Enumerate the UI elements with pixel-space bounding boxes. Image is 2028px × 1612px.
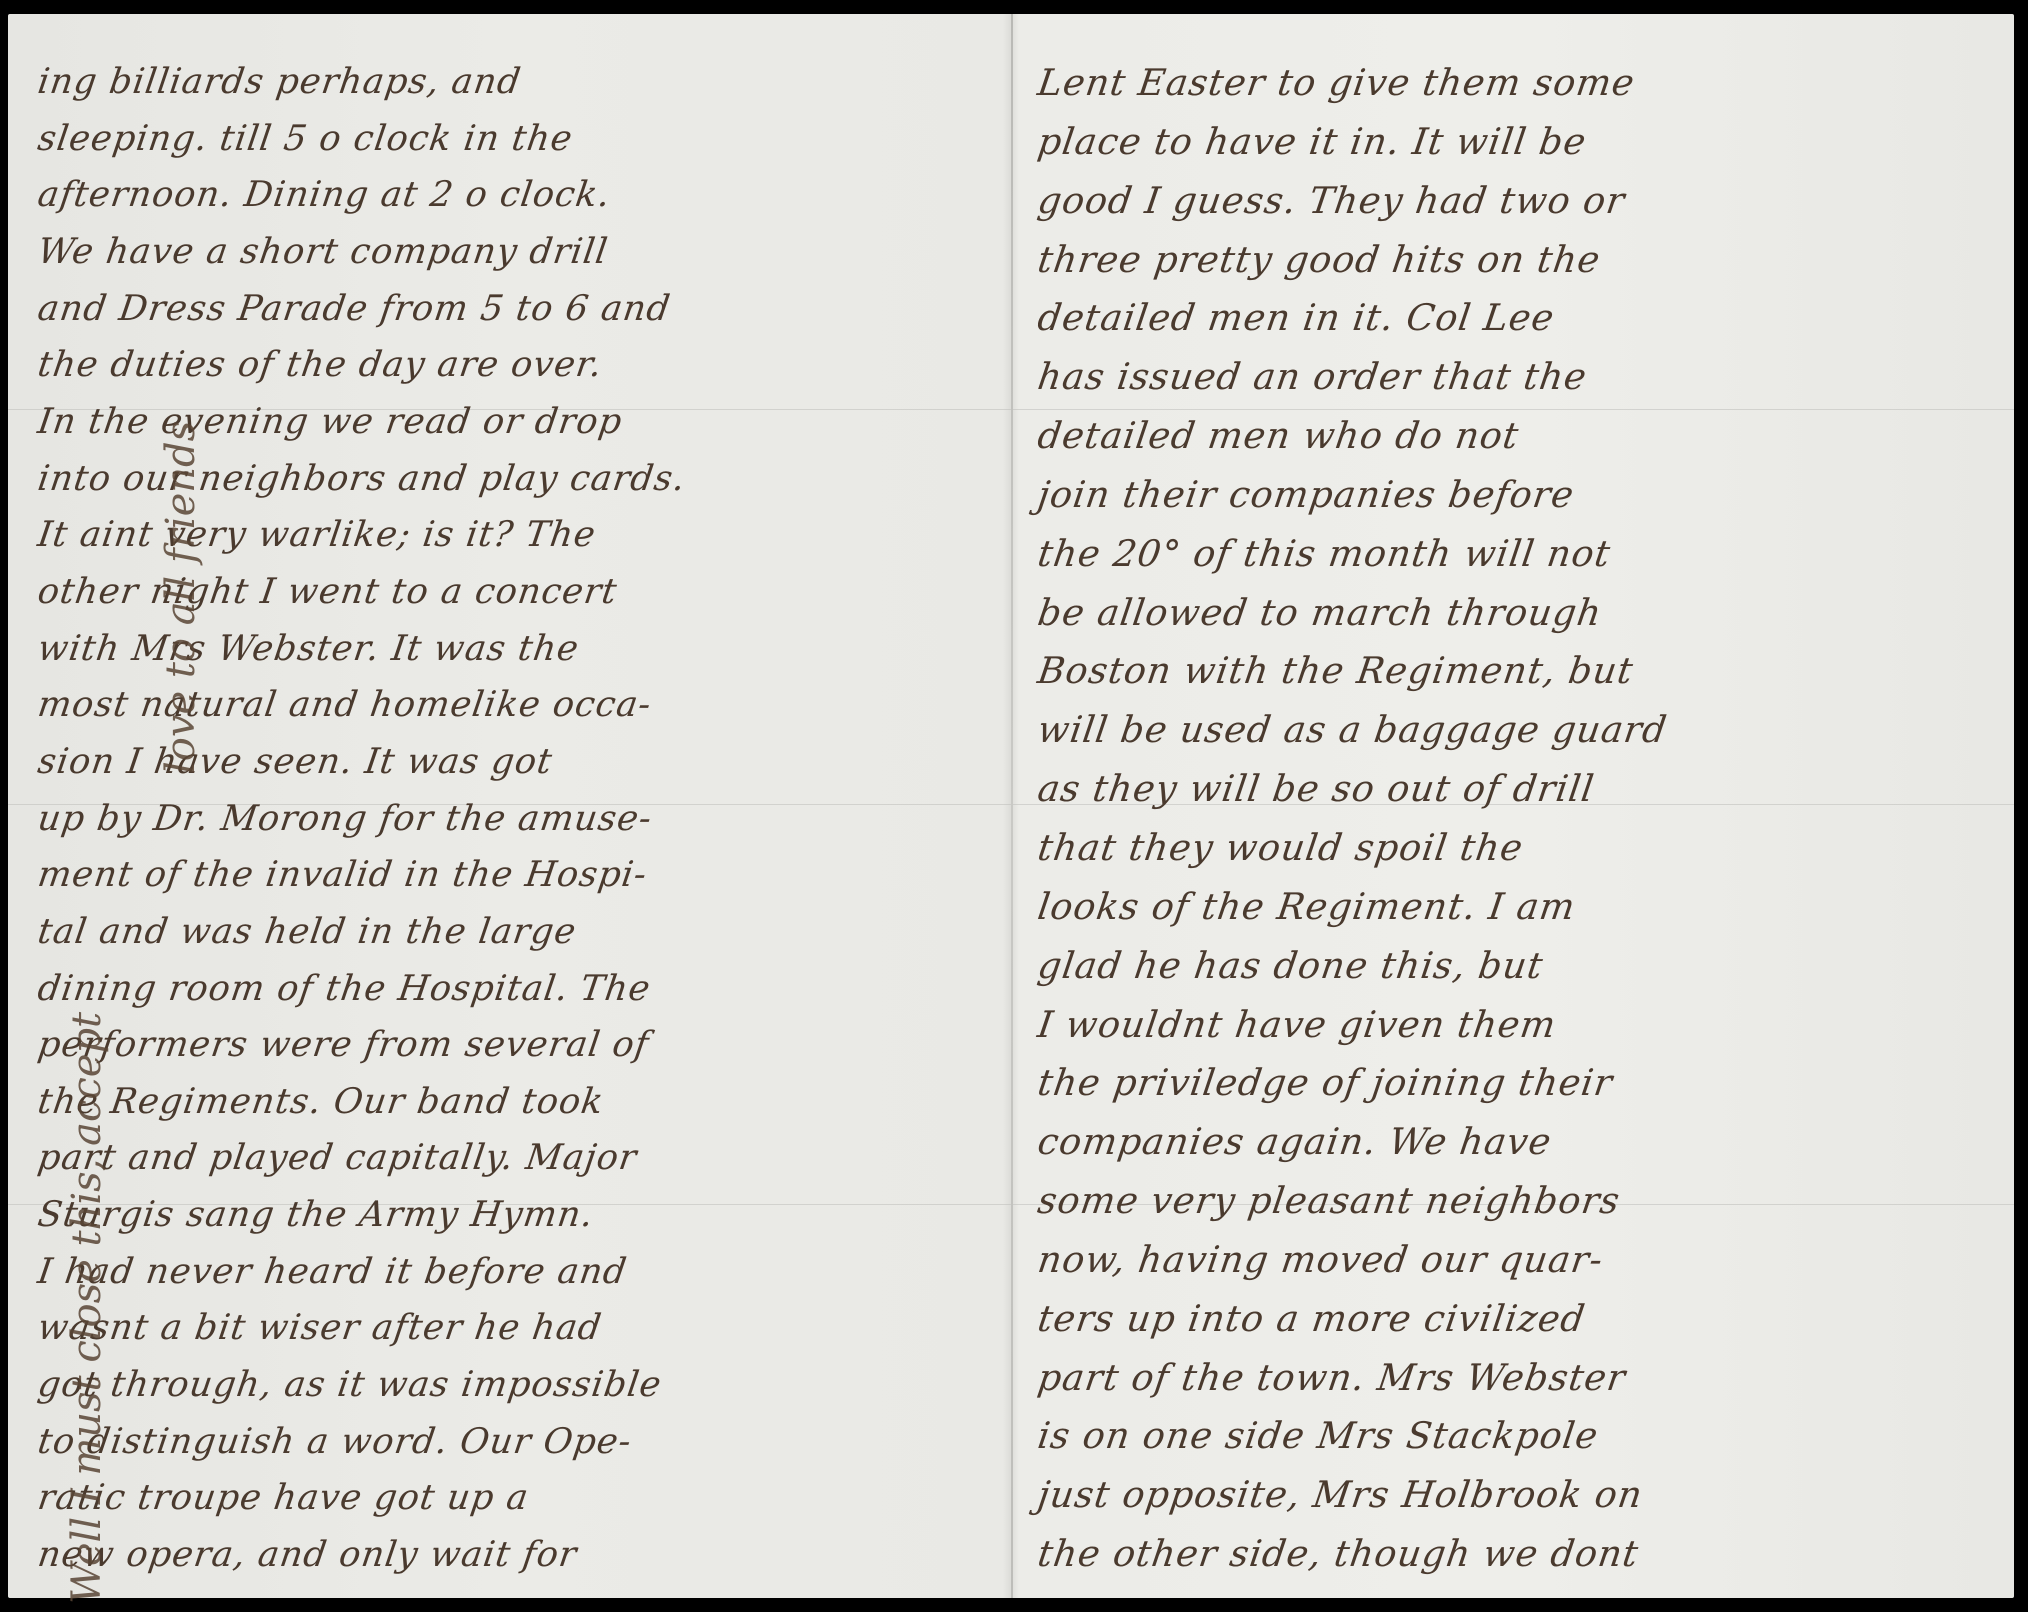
handwritten-line: tal and was held in the large (34, 904, 1002, 961)
left-page: ing billiards perhaps, andsleeping. till… (38, 54, 998, 1584)
handwritten-line: some very pleasant neighbors (1034, 1172, 2007, 1231)
handwritten-line: ing billiards perhaps, and (34, 54, 1002, 111)
handwritten-line: got through, as it was impossible (34, 1357, 1002, 1414)
handwritten-line: companies again. We have (1034, 1113, 2007, 1172)
cross-writing-margin-note: love to all friends (158, 421, 204, 774)
handwritten-line: as they will be so out of drill (1034, 760, 2007, 819)
handwritten-line: the other side, though we dont (1034, 1525, 2007, 1584)
handwritten-line: wasnt a bit wiser after he had (34, 1300, 1002, 1357)
handwritten-line: Lent Easter to give them some (1034, 54, 2007, 113)
handwritten-line: part of the town. Mrs Webster (1034, 1349, 2007, 1408)
handwritten-line: ratic troupe have got up a (34, 1470, 1002, 1527)
handwritten-line: the priviledge of joining their (1034, 1054, 2007, 1113)
handwritten-line: to distinguish a word. Our Ope- (34, 1414, 1002, 1471)
handwritten-line: and Dress Parade from 5 to 6 and (34, 281, 1002, 338)
letter-sheet: ing billiards perhaps, andsleeping. till… (8, 14, 2014, 1598)
handwritten-line: looks of the Regiment. I am (1034, 878, 2007, 937)
handwritten-line: We have a short company drill (34, 224, 1002, 281)
handwritten-line: three pretty good hits on the (1034, 231, 2007, 290)
handwritten-line: afternoon. Dining at 2 o clock. (34, 167, 1002, 224)
handwritten-line: detailed men in it. Col Lee (1034, 289, 2007, 348)
handwritten-line: just opposite, Mrs Holbrook on (1034, 1466, 2007, 1525)
handwritten-line: join their companies before (1034, 466, 2007, 525)
handwritten-line: has issued an order that the (1034, 348, 2007, 407)
handwritten-line: performers were from several of (34, 1017, 1002, 1074)
handwritten-line: sleeping. till 5 o clock in the (34, 111, 1002, 168)
center-fold-line (1011, 14, 1013, 1598)
handwritten-line: Sturgis sang the Army Hymn. (34, 1187, 1002, 1244)
handwritten-line: part and played capitally. Major (34, 1130, 1002, 1187)
handwritten-line: that they would spoil the (1034, 819, 2007, 878)
handwritten-line: is on one side Mrs Stackpole (1034, 1407, 2007, 1466)
handwritten-line: detailed men who do not (1034, 407, 2007, 466)
handwritten-line: dining room of the Hospital. The (34, 961, 1002, 1018)
handwritten-line: place to have it in. It will be (1034, 113, 2007, 172)
handwritten-line: the 20° of this month will not (1034, 525, 2007, 584)
handwritten-line: up by Dr. Morong for the amuse- (34, 791, 1002, 848)
handwritten-line: ters up into a more civilized (1034, 1290, 2007, 1349)
handwritten-line: I wouldnt have given them (1034, 996, 2007, 1055)
right-page: Lent Easter to give them someplace to ha… (1038, 54, 2003, 1584)
handwritten-line: the Regiments. Our band took (34, 1074, 1002, 1131)
handwritten-line: now, having moved our quar- (1034, 1231, 2007, 1290)
handwritten-line: be allowed to march through (1034, 584, 2007, 643)
handwritten-line: new opera, and only wait for (34, 1527, 1002, 1584)
handwritten-line: I had never heard it before and (34, 1244, 1002, 1301)
handwritten-line: will be used as a baggage guard (1034, 701, 2007, 760)
handwritten-line: the duties of the day are over. (34, 337, 1002, 394)
cross-writing-margin-note: Well I must close this, accept (64, 1012, 110, 1604)
handwritten-line: good I guess. They had two or (1034, 172, 2007, 231)
handwritten-line: glad he has done this, but (1034, 937, 2007, 996)
handwritten-line: ment of the invalid in the Hospi- (34, 847, 1002, 904)
handwritten-line: Boston with the Regiment, but (1034, 642, 2007, 701)
